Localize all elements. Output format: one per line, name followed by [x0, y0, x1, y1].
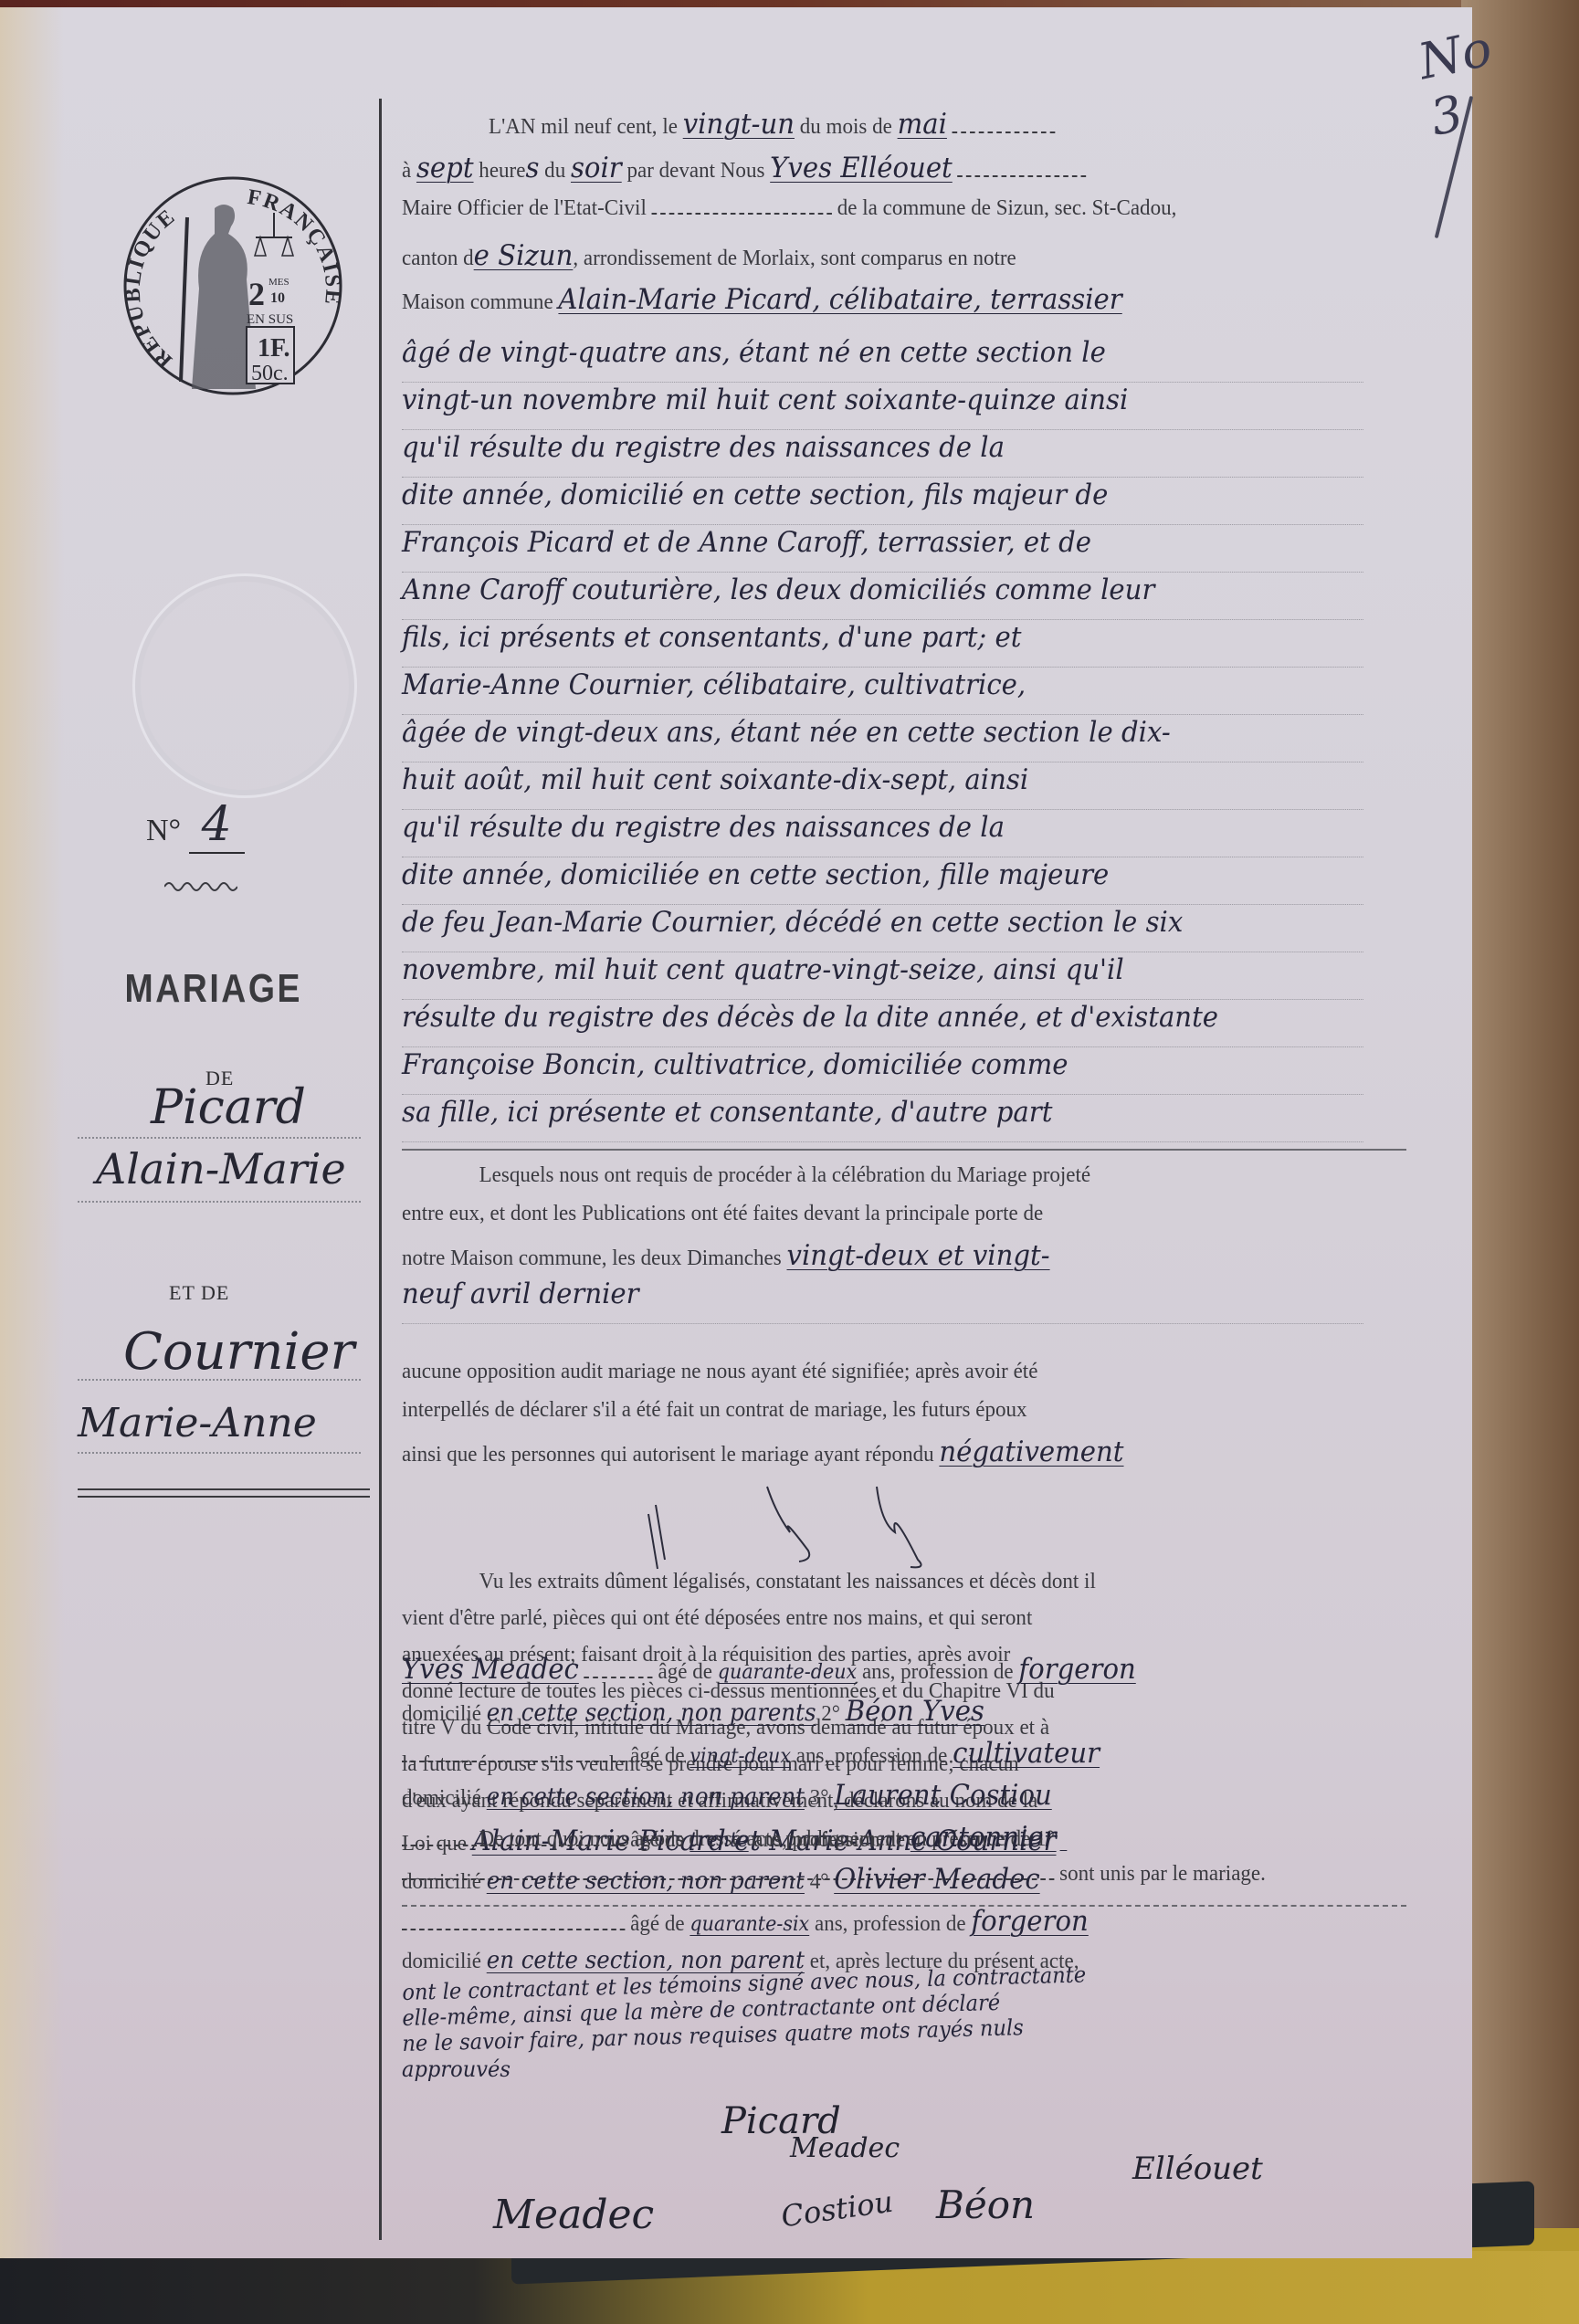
print-text: notre Maison commune, les deux Dimanches: [402, 1246, 782, 1270]
acte-number: N° 4: [146, 797, 245, 852]
publication-dates: vingt-deux et vingt-: [786, 1239, 1049, 1272]
tax-stamp: REPUBLIQUE FRANÇAISE 2 MES 10 EN SUS 1F.…: [119, 172, 347, 400]
margin-dotted-line: [78, 1452, 361, 1454]
day-value: vingt-un: [683, 108, 795, 141]
witness-profession: forgeron: [1018, 1653, 1135, 1686]
paraphe-scribbles-icon: [630, 1477, 995, 1578]
handwritten-line: fils, ici présents et consentants, d'une…: [402, 621, 1021, 654]
hour-plural: s: [525, 152, 539, 184]
stamp-amount: 2: [248, 276, 265, 312]
body-line-groom: Maison commune Alain-Marie Picard, célib…: [402, 283, 1363, 329]
margin-double-rule: [78, 1488, 370, 1498]
witness-domicile: en cette section, non parent: [487, 1867, 805, 1895]
witness-profession: cultivateur: [953, 1737, 1100, 1770]
witness-ordinal: 4°: [810, 1869, 829, 1894]
print-text: âgé de: [630, 1911, 684, 1936]
print-text: ans, profession de: [753, 1827, 905, 1852]
print-text: domicilié: [402, 1869, 481, 1894]
opposition-line-3: ainsi que les personnes qui autorisent l…: [402, 1435, 1363, 1481]
ornament-squiggle-icon: [164, 879, 237, 892]
record-title: MARIAGE: [125, 966, 296, 1012]
handwritten-line: novembre, mil huit cent quatre-vingt-sei…: [402, 953, 1124, 986]
print-text: Maire Officier de l'Etat-Civil: [402, 195, 647, 220]
contract-answer: négativement: [939, 1435, 1123, 1468]
embossed-seal: [132, 573, 357, 798]
signature-witness-1: Meadec: [493, 2192, 654, 2238]
print-text: heure: [479, 158, 525, 183]
print-text: ainsi que les personnes qui autorisent l…: [402, 1442, 934, 1467]
handwritten-line: qu'il résulte du registre des naissances…: [402, 811, 1005, 844]
handwritten-line: sa fille, ici présente et consentante, d…: [402, 1096, 1052, 1129]
month-value: mai: [898, 108, 947, 141]
signature-mayor: Elléouet: [1132, 2150, 1263, 2187]
groom-given-name: Alain-Marie: [96, 1144, 346, 1194]
witness-age: quarante-six: [689, 1913, 809, 1936]
handwritten-line: dite année, domiciliée en cette section,…: [402, 858, 1109, 891]
canton-value: e Sizun: [474, 239, 574, 272]
witness-3-age-line: âgé de trente ans, profession de cantonn…: [402, 1821, 1363, 1867]
margin-dotted-line: [78, 1137, 361, 1139]
closing-line: approuvés: [402, 2056, 511, 2082]
print-text: ans, profession de: [815, 1911, 966, 1936]
print-text: Maison commune: [402, 289, 553, 314]
witness-2-age-line: âgé de vingt-deux ans, profession de cul…: [402, 1737, 1363, 1782]
svg-text:REPUBLIQUE: REPUBLIQUE: [121, 205, 181, 373]
body-line-time: à sept heures du soir par devant Nous Yv…: [402, 152, 1363, 197]
stamp-mes: MES: [268, 277, 289, 288]
print-text: aucune opposition audit mariage ne nous …: [402, 1359, 1037, 1383]
witness-age: quarante-deux: [718, 1661, 857, 1684]
print-text: à: [402, 158, 411, 183]
groom-surname: Picard: [151, 1080, 306, 1135]
print-text: L'AN mil neuf cent, le: [489, 114, 678, 139]
acte-number-label: N°: [146, 814, 181, 847]
print-text: domicilié: [402, 1949, 481, 1973]
et-de-label: ET DE: [169, 1281, 229, 1305]
witness-name: Laurent Costiou: [834, 1779, 1052, 1812]
witness-name: Béon Yves: [846, 1695, 984, 1728]
stamp-ensus: EN SUS: [247, 312, 293, 327]
stamp-text-left: REPUBLIQUE: [121, 205, 181, 373]
signature-witness-4: Meadec: [790, 2132, 900, 2164]
body-line-canton: canton de Sizun, arrondissement de Morla…: [402, 239, 1363, 285]
handwritten-line: de feu Jean-Marie Cournier, décédé en ce…: [402, 906, 1183, 939]
groom-full-name: Alain-Marie Picard, célibataire, terrass…: [558, 283, 1121, 316]
print-text: Lesquels nous ont requis de procéder à l…: [479, 1162, 1091, 1187]
body-line-date: L'AN mil neuf cent, le vingt-un du mois …: [402, 108, 1363, 153]
witness-4-age-line: âgé de quarante-six ans, profession de f…: [402, 1905, 1363, 1951]
stamp-ten: 10: [270, 290, 285, 306]
witness-domicile: en cette section, non parent: [487, 1783, 805, 1811]
handwritten-line: François Picard et de Anne Caroff, terra…: [402, 526, 1091, 559]
print-text: domicilié: [402, 1785, 481, 1810]
witness-age: trente: [689, 1829, 748, 1852]
print-text: par devant Nous: [626, 158, 764, 183]
witness-2-domicile-line: domicilié en cette section, non parent 3…: [402, 1779, 1363, 1824]
page-gutter-shadow: [0, 7, 64, 2258]
print-text: âgé de: [658, 1659, 712, 1684]
handwritten-line: Anne Caroff couturière, les deux domicil…: [402, 573, 1154, 606]
handwritten-line: âgé de vingt-quatre ans, étant né en cet…: [402, 336, 1106, 369]
bride-given-name: Marie-Anne: [78, 1400, 317, 1446]
bride-surname: Cournier: [123, 1322, 354, 1382]
print-text: du: [544, 158, 565, 183]
handwritten-line: âgée de vingt-deux ans, étant née en cet…: [402, 716, 1171, 749]
handwritten-line: Marie-Anne Cournier, célibataire, cultiv…: [402, 668, 1026, 701]
print-text: , arrondissement de Morlaix, sont compar…: [573, 246, 1016, 270]
publication-dates-cont: neuf avril dernier: [402, 1278, 639, 1310]
print-text: ans, profession de: [862, 1659, 1014, 1684]
stamp-cents: 50c.: [251, 362, 289, 385]
hour-value: sept: [416, 152, 474, 184]
stamp-franc: 1F.: [258, 334, 290, 363]
print-text: Vu les extraits dûment légalisés, consta…: [479, 1569, 1096, 1593]
margin-rule: [379, 99, 382, 2240]
commune-text: de la commune de Sizun, sec. St-Cadou,: [837, 195, 1177, 220]
witness-domicile: en cette section, non parents: [487, 1699, 816, 1727]
witness-ordinal: 2°: [821, 1701, 840, 1726]
print-text: du mois de: [800, 114, 892, 139]
handwritten-line: qu'il résulte du registre des naissances…: [402, 431, 1005, 464]
marianne-stamp-icon: REPUBLIQUE FRANÇAISE 2 MES 10 EN SUS 1F.…: [119, 172, 347, 400]
margin-dotted-line: [78, 1201, 361, 1203]
witness-3-domicile-line: domicilié en cette section, non parent 4…: [402, 1863, 1363, 1909]
print-text: entre eux, et dont les Publications ont …: [402, 1201, 1043, 1225]
publications-line-4: neuf avril dernier: [402, 1278, 1363, 1324]
mayor-name: Yves Elléouet: [770, 152, 953, 184]
handwritten-line: Françoise Boncin, cultivatrice, domicili…: [402, 1048, 1068, 1081]
print-text: canton d: [402, 246, 474, 270]
handwritten-line: huit août, mil huit cent soixante-dix-se…: [402, 763, 1028, 796]
witness-age: vingt-deux: [689, 1745, 791, 1768]
print-text: interpellés de déclarer s'il a été fait …: [402, 1397, 1027, 1422]
print-text: domicilié: [402, 1701, 481, 1726]
print-text: vient d'être parlé, pièces qui ont été d…: [402, 1605, 1032, 1630]
handwritten-line: vingt-un novembre mil huit cent soixante…: [402, 384, 1128, 416]
witness-ordinal: 3°: [810, 1785, 829, 1810]
handwritten-line: dite année, domicilié en cette section, …: [402, 478, 1108, 511]
margin-dotted-line: [78, 1379, 361, 1381]
witness-profession: cantonnier: [911, 1821, 1057, 1854]
body-line-officer: Maire Officier de l'Etat-Civil de la com…: [402, 195, 1363, 241]
witness-1-domicile-line: domicilié en cette section, non parents …: [402, 1695, 1363, 1740]
signature-witness-2: Béon: [936, 2182, 1035, 2227]
witness-1-name-line: Yves Meadec âgé de quarante-deux ans, pr…: [402, 1653, 1363, 1698]
witness-profession: forgeron: [971, 1905, 1088, 1938]
print-text: âgé de: [630, 1827, 684, 1852]
handwritten-line: résulte du registre des décès de la dite…: [402, 1001, 1218, 1034]
book-right-edge: [1461, 0, 1579, 2228]
acte-number-value: 4: [189, 797, 245, 854]
print-text: ans, profession de: [796, 1743, 948, 1768]
witness-name: Olivier Meadec: [834, 1863, 1039, 1896]
time-of-day-value: soir: [571, 152, 622, 184]
print-text: âgé de: [630, 1743, 684, 1768]
witness-name: Yves Meadec: [402, 1653, 579, 1686]
section-divider: [402, 1149, 1406, 1151]
